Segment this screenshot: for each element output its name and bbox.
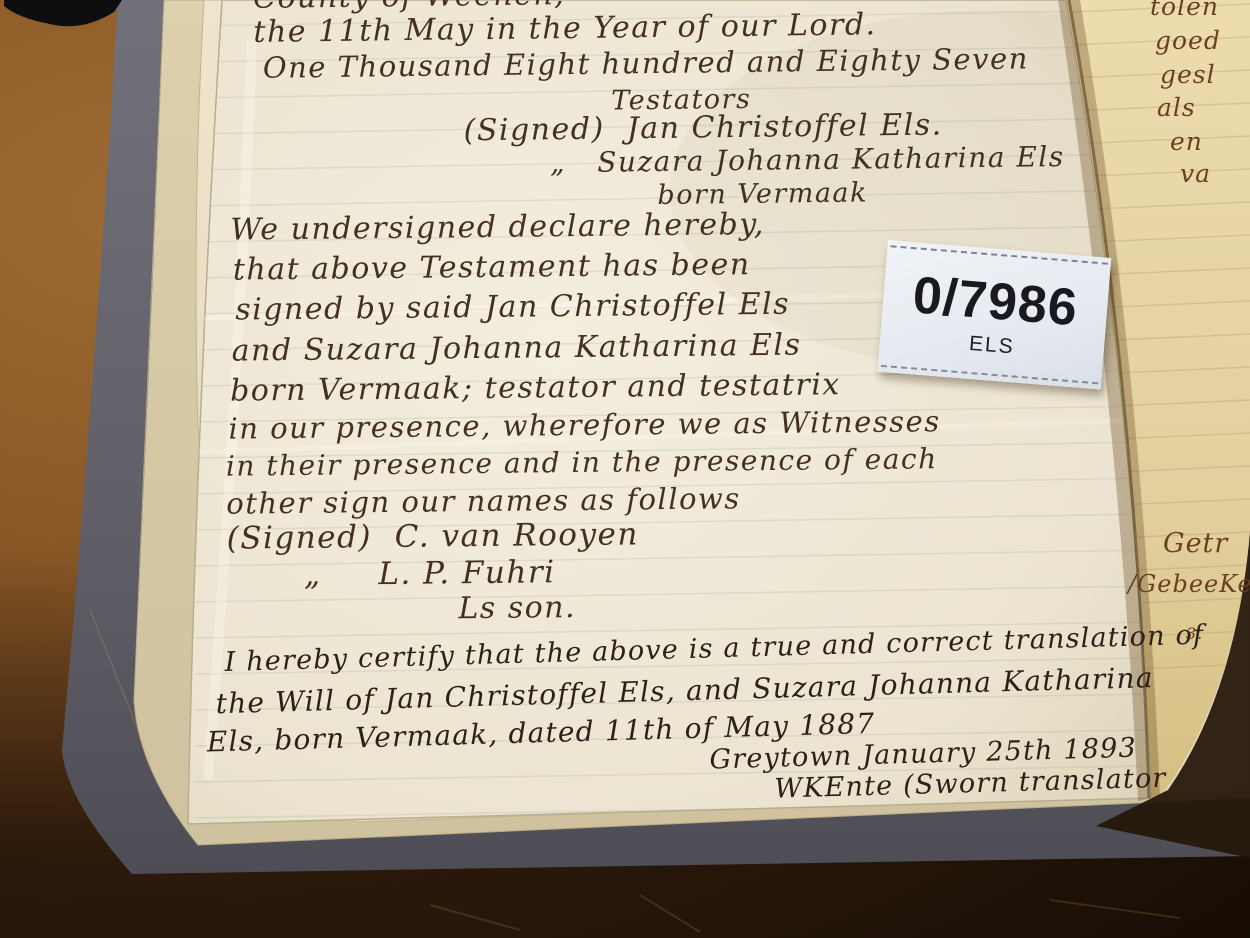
facing-fragment: va	[1180, 159, 1211, 188]
facing-fragment: als	[1157, 93, 1196, 122]
facing-fragment: /GebeeKe	[1128, 570, 1250, 598]
facing-fragment: en	[1170, 127, 1203, 156]
facing-page-text-block: tolen goed gesl als en va Getr /GebeeKe …	[0, 0, 1250, 938]
archive-label: 0/7986 ELS	[877, 240, 1111, 390]
label-name: ELS	[968, 333, 1015, 358]
photo-of-manuscript-book: County of Weenen, the 11th May in the Ye…	[0, 0, 1250, 938]
facing-fragment: Getr	[1163, 528, 1228, 559]
facing-fragment: gesl	[1160, 60, 1216, 89]
facing-fragment: 3.	[1186, 624, 1203, 643]
facing-fragment: tolen	[1150, 0, 1219, 21]
label-number: 0/7986	[911, 269, 1080, 334]
facing-fragment: goed	[1155, 26, 1221, 55]
